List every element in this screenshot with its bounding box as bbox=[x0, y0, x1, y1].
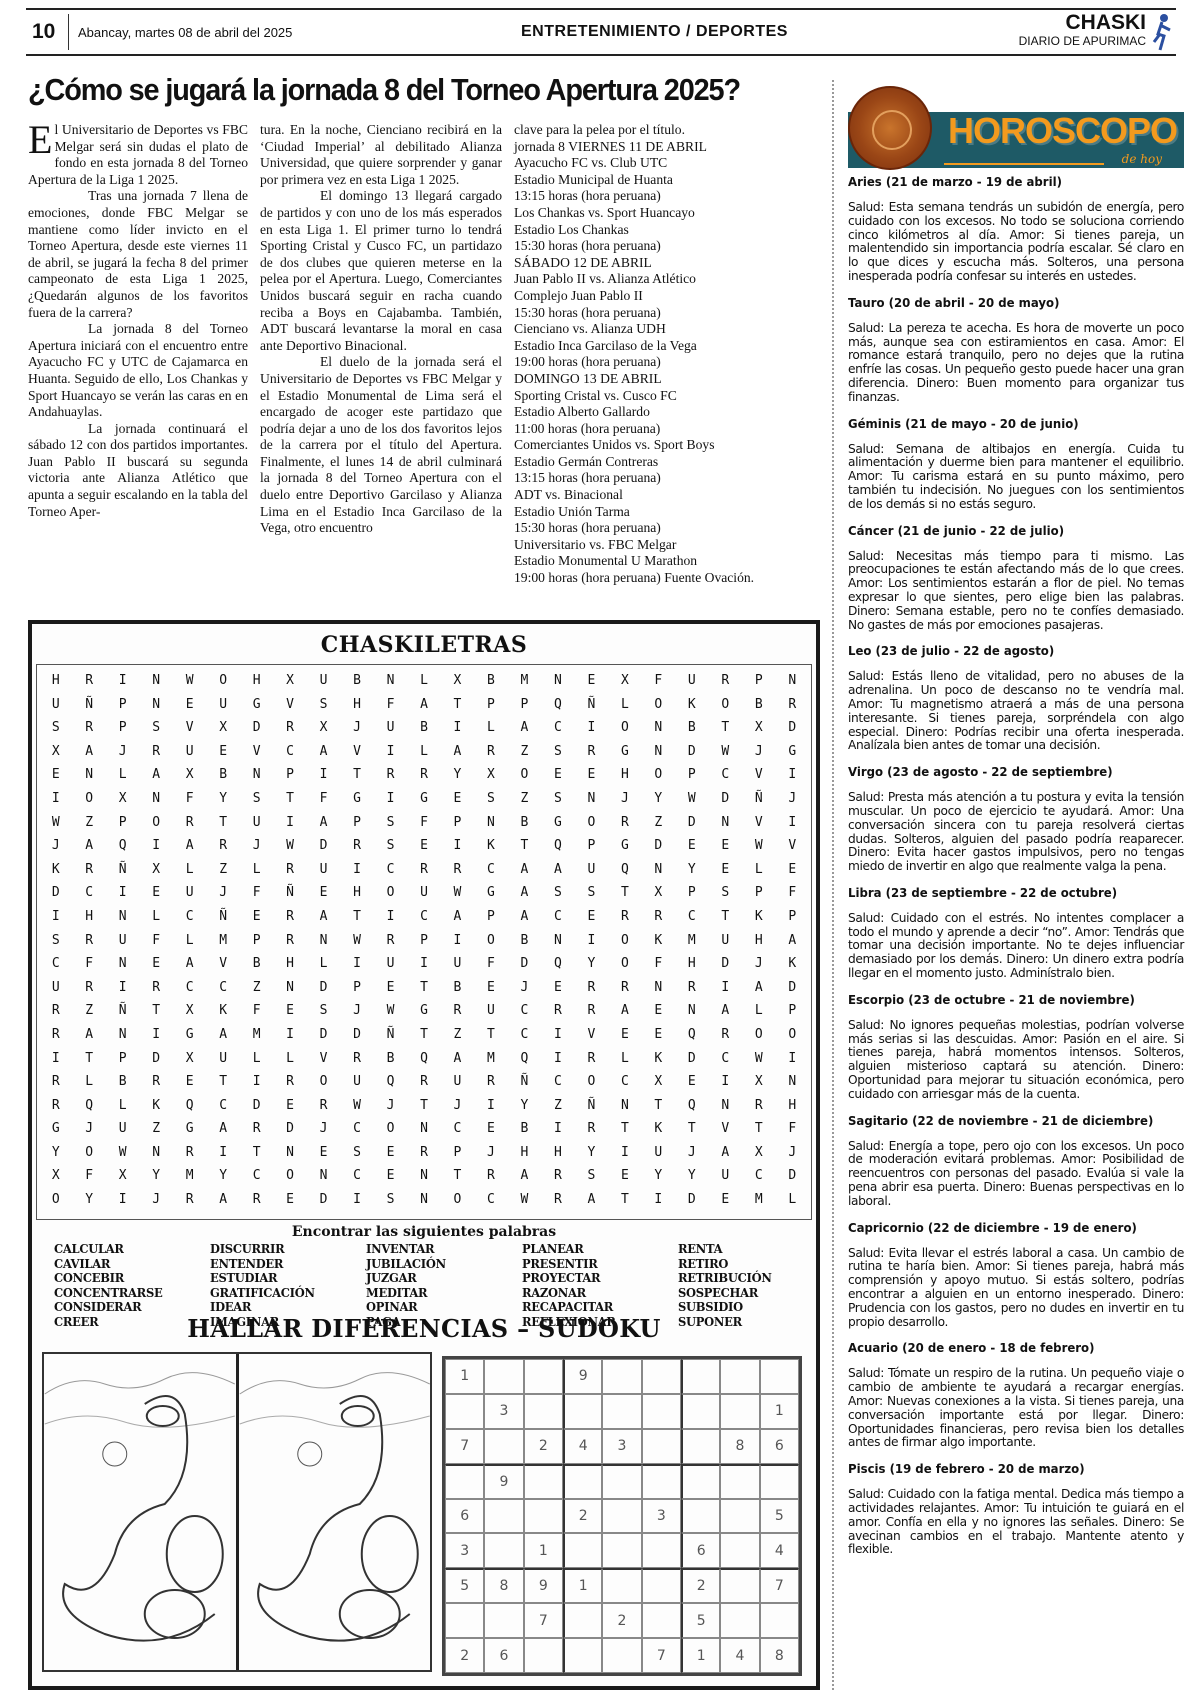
wordsearch-cell[interactable]: V bbox=[340, 740, 373, 764]
wordsearch-cell[interactable]: F bbox=[240, 881, 273, 905]
wordsearch-cell[interactable]: K bbox=[39, 858, 72, 882]
wordsearch-cell[interactable]: U bbox=[39, 976, 72, 1000]
wordsearch-cell[interactable]: R bbox=[273, 1070, 306, 1094]
wordsearch-cell[interactable]: V bbox=[575, 1023, 608, 1047]
wordsearch-cell[interactable]: L bbox=[776, 1188, 809, 1212]
wordsearch-cell[interactable]: R bbox=[474, 1164, 507, 1188]
wordsearch-cell[interactable]: I bbox=[541, 1023, 574, 1047]
wordsearch-cell[interactable]: X bbox=[39, 1164, 72, 1188]
wordsearch-cell[interactable]: C bbox=[173, 905, 206, 929]
sudoku-cell[interactable] bbox=[602, 1464, 641, 1499]
wordsearch-cell[interactable]: R bbox=[340, 1047, 373, 1071]
wordsearch-cell[interactable]: C bbox=[608, 1070, 641, 1094]
wordsearch-cell[interactable]: U bbox=[106, 929, 139, 953]
wordsearch-cell[interactable]: G bbox=[776, 740, 809, 764]
wordsearch-cell[interactable]: I bbox=[709, 976, 742, 1000]
sudoku-cell[interactable] bbox=[602, 1499, 641, 1534]
wordsearch-cell[interactable]: R bbox=[139, 740, 172, 764]
wordsearch-cell[interactable]: W bbox=[106, 1141, 139, 1165]
wordsearch-cell[interactable]: R bbox=[407, 1141, 440, 1165]
wordsearch-cell[interactable]: Y bbox=[206, 1164, 239, 1188]
wordsearch-cell[interactable]: O bbox=[608, 952, 641, 976]
sudoku-cell[interactable] bbox=[642, 1429, 681, 1464]
wordsearch-cell[interactable]: I bbox=[374, 787, 407, 811]
sudoku-cell[interactable] bbox=[681, 1429, 720, 1464]
wordsearch-cell[interactable]: A bbox=[608, 999, 641, 1023]
wordsearch-cell[interactable]: C bbox=[240, 1164, 273, 1188]
wordsearch-cell[interactable]: I bbox=[240, 1070, 273, 1094]
wordsearch-cell[interactable]: S bbox=[139, 716, 172, 740]
wordsearch-cell[interactable]: Z bbox=[441, 1023, 474, 1047]
wordsearch-cell[interactable]: T bbox=[273, 787, 306, 811]
wordsearch-cell[interactable]: U bbox=[340, 1070, 373, 1094]
wordsearch-cell[interactable]: O bbox=[575, 1070, 608, 1094]
wordsearch-cell[interactable]: L bbox=[742, 858, 775, 882]
wordsearch-cell[interactable]: C bbox=[206, 976, 239, 1000]
wordsearch-cell[interactable]: W bbox=[742, 1047, 775, 1071]
wordsearch-cell[interactable]: E bbox=[575, 669, 608, 693]
wordsearch-cell[interactable]: U bbox=[39, 693, 72, 717]
wordsearch-cell[interactable]: I bbox=[575, 929, 608, 953]
wordsearch-cell[interactable]: D bbox=[709, 787, 742, 811]
wordsearch-cell[interactable]: N bbox=[642, 858, 675, 882]
wordsearch-cell[interactable]: A bbox=[742, 976, 775, 1000]
wordsearch-cell[interactable]: R bbox=[608, 905, 641, 929]
wordsearch-cell[interactable]: S bbox=[340, 1141, 373, 1165]
wordsearch-cell[interactable]: Q bbox=[407, 1047, 440, 1071]
wordsearch-cell[interactable]: V bbox=[742, 763, 775, 787]
wordsearch-cell[interactable]: D bbox=[709, 952, 742, 976]
wordsearch-cell[interactable]: L bbox=[407, 740, 440, 764]
wordsearch-cell[interactable]: R bbox=[608, 976, 641, 1000]
wordsearch-cell[interactable]: H bbox=[340, 693, 373, 717]
wordsearch-cell[interactable]: A bbox=[407, 693, 440, 717]
wordsearch-cell[interactable]: I bbox=[273, 811, 306, 835]
wordsearch-cell[interactable]: D bbox=[776, 1164, 809, 1188]
wordsearch-cell[interactable]: N bbox=[709, 811, 742, 835]
wordsearch-cell[interactable]: D bbox=[675, 740, 708, 764]
wordsearch-cell[interactable]: M bbox=[742, 1188, 775, 1212]
wordsearch-cell[interactable]: C bbox=[709, 1047, 742, 1071]
wordsearch-cell[interactable]: X bbox=[742, 1141, 775, 1165]
wordsearch-cell[interactable]: I bbox=[273, 1023, 306, 1047]
wordsearch-cell[interactable]: E bbox=[139, 952, 172, 976]
wordsearch-cell[interactable]: Y bbox=[139, 1164, 172, 1188]
wordsearch-cell[interactable]: Y bbox=[675, 1164, 708, 1188]
wordsearch-cell[interactable]: O bbox=[508, 763, 541, 787]
wordsearch-cell[interactable]: X bbox=[474, 763, 507, 787]
wordsearch-cell[interactable]: K bbox=[675, 693, 708, 717]
sudoku-cell[interactable] bbox=[563, 1394, 602, 1429]
wordsearch-cell[interactable]: T bbox=[709, 716, 742, 740]
wordsearch-cell[interactable]: O bbox=[742, 1023, 775, 1047]
wordsearch-cell[interactable]: E bbox=[642, 1023, 675, 1047]
wordsearch-cell[interactable]: K bbox=[776, 952, 809, 976]
wordsearch-cell[interactable]: H bbox=[508, 1141, 541, 1165]
wordsearch-cell[interactable]: H bbox=[742, 929, 775, 953]
wordsearch-cell[interactable]: T bbox=[72, 1047, 105, 1071]
wordsearch-cell[interactable]: L bbox=[106, 1094, 139, 1118]
wordsearch-cell[interactable]: Ñ bbox=[273, 881, 306, 905]
wordsearch-cell[interactable]: A bbox=[508, 881, 541, 905]
wordsearch-cell[interactable]: V bbox=[709, 1117, 742, 1141]
wordsearch-cell[interactable]: V bbox=[273, 693, 306, 717]
wordsearch-cell[interactable]: E bbox=[407, 834, 440, 858]
wordsearch-cell[interactable]: R bbox=[173, 811, 206, 835]
wordsearch-cell[interactable]: L bbox=[240, 858, 273, 882]
wordsearch-cell[interactable]: T bbox=[608, 1188, 641, 1212]
wordsearch-cell[interactable]: D bbox=[39, 881, 72, 905]
wordsearch-cell[interactable]: U bbox=[474, 999, 507, 1023]
wordsearch-cell[interactable]: R bbox=[407, 858, 440, 882]
wordsearch-cell[interactable]: W bbox=[742, 834, 775, 858]
wordsearch-cell[interactable]: Y bbox=[575, 1141, 608, 1165]
wordsearch-cell[interactable]: E bbox=[374, 1141, 407, 1165]
wordsearch-cell[interactable]: A bbox=[508, 1164, 541, 1188]
wordsearch-cell[interactable]: I bbox=[39, 905, 72, 929]
wordsearch-cell[interactable]: E bbox=[206, 740, 239, 764]
wordsearch-cell[interactable]: R bbox=[72, 858, 105, 882]
wordsearch-cell[interactable]: O bbox=[642, 763, 675, 787]
wordsearch-cell[interactable]: J bbox=[307, 1117, 340, 1141]
sudoku-cell[interactable] bbox=[642, 1464, 681, 1499]
wordsearch-cell[interactable]: P bbox=[441, 811, 474, 835]
wordsearch-cell[interactable]: A bbox=[441, 905, 474, 929]
wordsearch-cell[interactable]: R bbox=[39, 1094, 72, 1118]
wordsearch-cell[interactable]: E bbox=[608, 1023, 641, 1047]
wordsearch-cell[interactable]: D bbox=[340, 1023, 373, 1047]
wordsearch-cell[interactable]: I bbox=[374, 740, 407, 764]
wordsearch-cell[interactable]: N bbox=[608, 1094, 641, 1118]
wordsearch-cell[interactable]: R bbox=[39, 999, 72, 1023]
wordsearch-cell[interactable]: F bbox=[407, 811, 440, 835]
wordsearch-cell[interactable]: B bbox=[340, 669, 373, 693]
wordsearch-cell[interactable]: L bbox=[139, 905, 172, 929]
sudoku-cell[interactable] bbox=[524, 1638, 563, 1673]
wordsearch-cell[interactable]: L bbox=[307, 952, 340, 976]
wordsearch-cell[interactable]: Ñ bbox=[374, 1023, 407, 1047]
wordsearch-cell[interactable]: E bbox=[776, 858, 809, 882]
wordsearch-cell[interactable]: O bbox=[72, 1141, 105, 1165]
wordsearch-cell[interactable]: Q bbox=[508, 1047, 541, 1071]
wordsearch-cell[interactable]: Q bbox=[72, 1094, 105, 1118]
wordsearch-cell[interactable]: N bbox=[139, 1141, 172, 1165]
wordsearch-cell[interactable]: D bbox=[508, 952, 541, 976]
wordsearch-cell[interactable]: I bbox=[106, 669, 139, 693]
wordsearch-cell[interactable]: X bbox=[139, 858, 172, 882]
wordsearch-cell[interactable]: Y bbox=[508, 1094, 541, 1118]
wordsearch-cell[interactable]: P bbox=[106, 693, 139, 717]
wordsearch-cell[interactable]: H bbox=[608, 763, 641, 787]
wordsearch-cell[interactable]: R bbox=[173, 1141, 206, 1165]
wordsearch-cell[interactable]: M bbox=[173, 1164, 206, 1188]
wordsearch-cell[interactable]: A bbox=[508, 716, 541, 740]
wordsearch-cell[interactable]: I bbox=[474, 1094, 507, 1118]
wordsearch-cell[interactable]: C bbox=[407, 905, 440, 929]
wordsearch-cell[interactable]: J bbox=[340, 716, 373, 740]
sudoku-cell[interactable] bbox=[484, 1603, 523, 1638]
wordsearch-cell[interactable]: K bbox=[139, 1094, 172, 1118]
wordsearch-cell[interactable]: R bbox=[441, 858, 474, 882]
wordsearch-cell[interactable]: G bbox=[39, 1117, 72, 1141]
wordsearch-cell[interactable]: X bbox=[173, 763, 206, 787]
wordsearch-cell[interactable]: O bbox=[608, 716, 641, 740]
wordsearch-cell[interactable]: E bbox=[575, 905, 608, 929]
wordsearch-cell[interactable]: M bbox=[474, 1047, 507, 1071]
wordsearch-cell[interactable]: I bbox=[374, 905, 407, 929]
wordsearch-cell[interactable]: D bbox=[642, 834, 675, 858]
sudoku-cell[interactable] bbox=[720, 1359, 759, 1394]
wordsearch-cell[interactable]: N bbox=[307, 1164, 340, 1188]
wordsearch-cell[interactable]: Ñ bbox=[72, 693, 105, 717]
wordsearch-cell[interactable]: Ñ bbox=[206, 905, 239, 929]
wordsearch-cell[interactable]: I bbox=[709, 1070, 742, 1094]
wordsearch-cell[interactable]: R bbox=[72, 929, 105, 953]
wordsearch-cell[interactable]: O bbox=[273, 1164, 306, 1188]
wordsearch-cell[interactable]: R bbox=[407, 1070, 440, 1094]
wordsearch-cell[interactable]: V bbox=[240, 740, 273, 764]
wordsearch-cell[interactable]: B bbox=[508, 1117, 541, 1141]
wordsearch-cell[interactable]: N bbox=[709, 1094, 742, 1118]
wordsearch-cell[interactable]: T bbox=[608, 1117, 641, 1141]
sudoku-cell[interactable] bbox=[642, 1568, 681, 1603]
wordsearch-cell[interactable]: T bbox=[206, 1070, 239, 1094]
wordsearch-cell[interactable]: P bbox=[575, 834, 608, 858]
wordsearch-cell[interactable]: P bbox=[273, 763, 306, 787]
wordsearch-cell[interactable]: F bbox=[776, 1117, 809, 1141]
wordsearch-cell[interactable]: W bbox=[441, 881, 474, 905]
sudoku-cell[interactable] bbox=[720, 1394, 759, 1429]
wordsearch-cell[interactable]: A bbox=[776, 929, 809, 953]
wordsearch-cell[interactable]: Y bbox=[72, 1188, 105, 1212]
wordsearch-cell[interactable]: Ñ bbox=[106, 999, 139, 1023]
wordsearch-cell[interactable]: X bbox=[642, 881, 675, 905]
wordsearch-cell[interactable]: L bbox=[608, 693, 641, 717]
wordsearch-cell[interactable]: S bbox=[474, 787, 507, 811]
wordsearch-cell[interactable]: I bbox=[776, 811, 809, 835]
wordsearch-cell[interactable]: S bbox=[575, 881, 608, 905]
wordsearch-cell[interactable]: C bbox=[72, 881, 105, 905]
wordsearch-cell[interactable]: G bbox=[340, 787, 373, 811]
wordsearch-cell[interactable]: F bbox=[139, 929, 172, 953]
wordsearch-cell[interactable]: A bbox=[575, 1188, 608, 1212]
wordsearch-cell[interactable]: R bbox=[575, 976, 608, 1000]
wordsearch-cell[interactable]: N bbox=[240, 763, 273, 787]
wordsearch-cell[interactable]: E bbox=[441, 787, 474, 811]
wordsearch-cell[interactable]: B bbox=[374, 1047, 407, 1071]
wordsearch-cell[interactable]: R bbox=[139, 976, 172, 1000]
wordsearch-cell[interactable]: N bbox=[139, 669, 172, 693]
sudoku-cell[interactable] bbox=[524, 1499, 563, 1534]
wordsearch-cell[interactable]: P bbox=[340, 976, 373, 1000]
wordsearch-cell[interactable]: S bbox=[575, 1164, 608, 1188]
wordsearch-cell[interactable]: K bbox=[474, 834, 507, 858]
wordsearch-cell[interactable]: Q bbox=[608, 858, 641, 882]
wordsearch-cell[interactable]: T bbox=[642, 1094, 675, 1118]
wordsearch-cell[interactable]: H bbox=[340, 881, 373, 905]
sudoku-cell[interactable] bbox=[524, 1394, 563, 1429]
wordsearch-cell[interactable]: T bbox=[240, 1141, 273, 1165]
wordsearch-cell[interactable]: I bbox=[776, 1047, 809, 1071]
wordsearch-cell[interactable]: R bbox=[374, 929, 407, 953]
wordsearch-cell[interactable]: J bbox=[742, 952, 775, 976]
wordsearch-cell[interactable]: H bbox=[39, 669, 72, 693]
wordsearch-cell[interactable]: B bbox=[240, 952, 273, 976]
wordsearch-cell[interactable]: Z bbox=[206, 858, 239, 882]
wordsearch-cell[interactable]: L bbox=[106, 763, 139, 787]
wordsearch-cell[interactable]: R bbox=[474, 1070, 507, 1094]
wordsearch-cell[interactable]: Z bbox=[508, 740, 541, 764]
wordsearch-cell[interactable]: W bbox=[675, 787, 708, 811]
wordsearch-cell[interactable]: Z bbox=[139, 1117, 172, 1141]
wordsearch-cell[interactable]: N bbox=[273, 976, 306, 1000]
wordsearch-cell[interactable]: F bbox=[307, 787, 340, 811]
wordsearch-cell[interactable]: T bbox=[139, 999, 172, 1023]
wordsearch-cell[interactable]: G bbox=[407, 787, 440, 811]
wordsearch-cell[interactable]: U bbox=[240, 811, 273, 835]
sudoku-cell[interactable] bbox=[602, 1568, 641, 1603]
wordsearch-cell[interactable]: G bbox=[173, 1023, 206, 1047]
wordsearch-cell[interactable]: Ñ bbox=[106, 858, 139, 882]
wordsearch-cell[interactable]: P bbox=[742, 881, 775, 905]
wordsearch-cell[interactable]: B bbox=[206, 763, 239, 787]
wordsearch-cell[interactable]: E bbox=[240, 905, 273, 929]
wordsearch-cell[interactable]: E bbox=[709, 1188, 742, 1212]
wordsearch-cell[interactable]: G bbox=[173, 1117, 206, 1141]
sudoku-cell[interactable] bbox=[563, 1464, 602, 1499]
wordsearch-cell[interactable]: F bbox=[72, 952, 105, 976]
wordsearch-cell[interactable]: W bbox=[374, 999, 407, 1023]
wordsearch-cell[interactable]: Ñ bbox=[575, 693, 608, 717]
wordsearch-cell[interactable]: P bbox=[508, 693, 541, 717]
wordsearch-cell[interactable]: T bbox=[441, 1164, 474, 1188]
wordsearch-cell[interactable]: O bbox=[374, 1117, 407, 1141]
sudoku-cell[interactable] bbox=[720, 1568, 759, 1603]
wordsearch-cell[interactable]: I bbox=[541, 1117, 574, 1141]
wordsearch-cell[interactable]: O bbox=[575, 811, 608, 835]
wordsearch-cell[interactable]: N bbox=[72, 763, 105, 787]
wordsearch-cell[interactable]: J bbox=[72, 1117, 105, 1141]
wordsearch-cell[interactable]: O bbox=[206, 669, 239, 693]
wordsearch-cell[interactable]: B bbox=[742, 693, 775, 717]
wordsearch-cell[interactable]: A bbox=[709, 1141, 742, 1165]
sudoku-cell[interactable] bbox=[563, 1603, 602, 1638]
wordsearch-cell[interactable]: J bbox=[374, 1094, 407, 1118]
wordsearch-cell[interactable]: T bbox=[340, 763, 373, 787]
wordsearch-cell[interactable]: L bbox=[474, 716, 507, 740]
wordsearch-cell[interactable]: E bbox=[273, 999, 306, 1023]
wordsearch-cell[interactable]: M bbox=[508, 669, 541, 693]
sudoku-cell[interactable] bbox=[681, 1394, 720, 1429]
wordsearch-cell[interactable]: P bbox=[776, 999, 809, 1023]
wordsearch-cell[interactable]: S bbox=[374, 1188, 407, 1212]
wordsearch-cell[interactable]: J bbox=[474, 1141, 507, 1165]
wordsearch-cell[interactable]: N bbox=[776, 1070, 809, 1094]
wordsearch-cell[interactable]: N bbox=[106, 905, 139, 929]
wordsearch-cell[interactable]: B bbox=[407, 716, 440, 740]
wordsearch-cell[interactable]: R bbox=[240, 1117, 273, 1141]
wordsearch-cell[interactable]: X bbox=[173, 999, 206, 1023]
sudoku-cell[interactable] bbox=[563, 1638, 602, 1673]
wordsearch-cell[interactable]: C bbox=[541, 1070, 574, 1094]
wordsearch-cell[interactable]: T bbox=[206, 811, 239, 835]
wordsearch-cell[interactable]: X bbox=[39, 740, 72, 764]
wordsearch-cell[interactable]: L bbox=[240, 1047, 273, 1071]
wordsearch-cell[interactable]: I bbox=[340, 1188, 373, 1212]
wordsearch-cell[interactable]: S bbox=[541, 787, 574, 811]
wordsearch-cell[interactable]: A bbox=[72, 740, 105, 764]
wordsearch-cell[interactable]: T bbox=[742, 1117, 775, 1141]
wordsearch-cell[interactable]: A bbox=[206, 1023, 239, 1047]
sudoku-cell[interactable] bbox=[602, 1638, 641, 1673]
wordsearch-cell[interactable]: O bbox=[374, 881, 407, 905]
wordsearch-cell[interactable]: P bbox=[776, 905, 809, 929]
wordsearch-cell[interactable]: D bbox=[675, 1047, 708, 1071]
wordsearch-cell[interactable]: O bbox=[39, 1188, 72, 1212]
wordsearch-cell[interactable]: U bbox=[206, 693, 239, 717]
sudoku-cell[interactable] bbox=[681, 1499, 720, 1534]
wordsearch-cell[interactable]: R bbox=[709, 669, 742, 693]
wordsearch-cell[interactable]: J bbox=[776, 1141, 809, 1165]
sudoku-cell[interactable] bbox=[524, 1464, 563, 1499]
wordsearch-cell[interactable]: C bbox=[273, 740, 306, 764]
wordsearch-cell[interactable]: W bbox=[273, 834, 306, 858]
wordsearch-cell[interactable]: C bbox=[340, 1117, 373, 1141]
wordsearch-cell[interactable]: R bbox=[541, 1188, 574, 1212]
wordsearch-cell[interactable]: U bbox=[206, 1047, 239, 1071]
wordsearch-cell[interactable]: S bbox=[541, 881, 574, 905]
wordsearch-cell[interactable]: A bbox=[139, 763, 172, 787]
wordsearch-cell[interactable]: C bbox=[541, 905, 574, 929]
wordsearch-cell[interactable]: O bbox=[776, 1023, 809, 1047]
wordsearch-cell[interactable]: R bbox=[39, 1023, 72, 1047]
wordsearch-cell[interactable]: E bbox=[608, 1164, 641, 1188]
wordsearch-cell[interactable]: D bbox=[240, 1094, 273, 1118]
wordsearch-cell[interactable]: E bbox=[273, 1094, 306, 1118]
wordsearch-cell[interactable]: N bbox=[541, 929, 574, 953]
wordsearch-cell[interactable]: A bbox=[709, 999, 742, 1023]
wordsearch-cell[interactable]: T bbox=[407, 1023, 440, 1047]
wordsearch-cell[interactable]: R bbox=[474, 740, 507, 764]
wordsearch-cell[interactable]: A bbox=[307, 905, 340, 929]
wordsearch-cell[interactable]: Z bbox=[508, 787, 541, 811]
wordsearch-cell[interactable]: Q bbox=[675, 1023, 708, 1047]
wordsearch-cell[interactable]: O bbox=[709, 693, 742, 717]
wordsearch-cell[interactable]: R bbox=[72, 716, 105, 740]
sudoku-cell[interactable] bbox=[642, 1359, 681, 1394]
wordsearch-cell[interactable]: O bbox=[72, 787, 105, 811]
wordsearch-cell[interactable]: D bbox=[675, 811, 708, 835]
wordsearch-cell[interactable]: S bbox=[374, 834, 407, 858]
sudoku-cell[interactable] bbox=[681, 1359, 720, 1394]
wordsearch-cell[interactable]: B bbox=[106, 1070, 139, 1094]
wordsearch-cell[interactable]: K bbox=[206, 999, 239, 1023]
wordsearch-cell[interactable]: R bbox=[72, 669, 105, 693]
wordsearch-cell[interactable]: Y bbox=[441, 763, 474, 787]
wordsearch-cell[interactable]: E bbox=[541, 976, 574, 1000]
wordsearch-cell[interactable]: T bbox=[407, 976, 440, 1000]
wordsearch-cell[interactable]: R bbox=[575, 740, 608, 764]
wordsearch-cell[interactable]: E bbox=[675, 1070, 708, 1094]
sudoku-grid[interactable]: 1931724386962353164589127725267148 bbox=[442, 1356, 802, 1676]
wordsearch-cell[interactable]: D bbox=[675, 1188, 708, 1212]
wordsearch-cell[interactable]: O bbox=[307, 1070, 340, 1094]
wordsearch-cell[interactable]: Q bbox=[541, 693, 574, 717]
wordsearch-cell[interactable]: C bbox=[474, 1188, 507, 1212]
wordsearch-cell[interactable]: W bbox=[508, 1188, 541, 1212]
wordsearch-cell[interactable]: C bbox=[441, 1117, 474, 1141]
wordsearch-cell[interactable]: N bbox=[541, 669, 574, 693]
